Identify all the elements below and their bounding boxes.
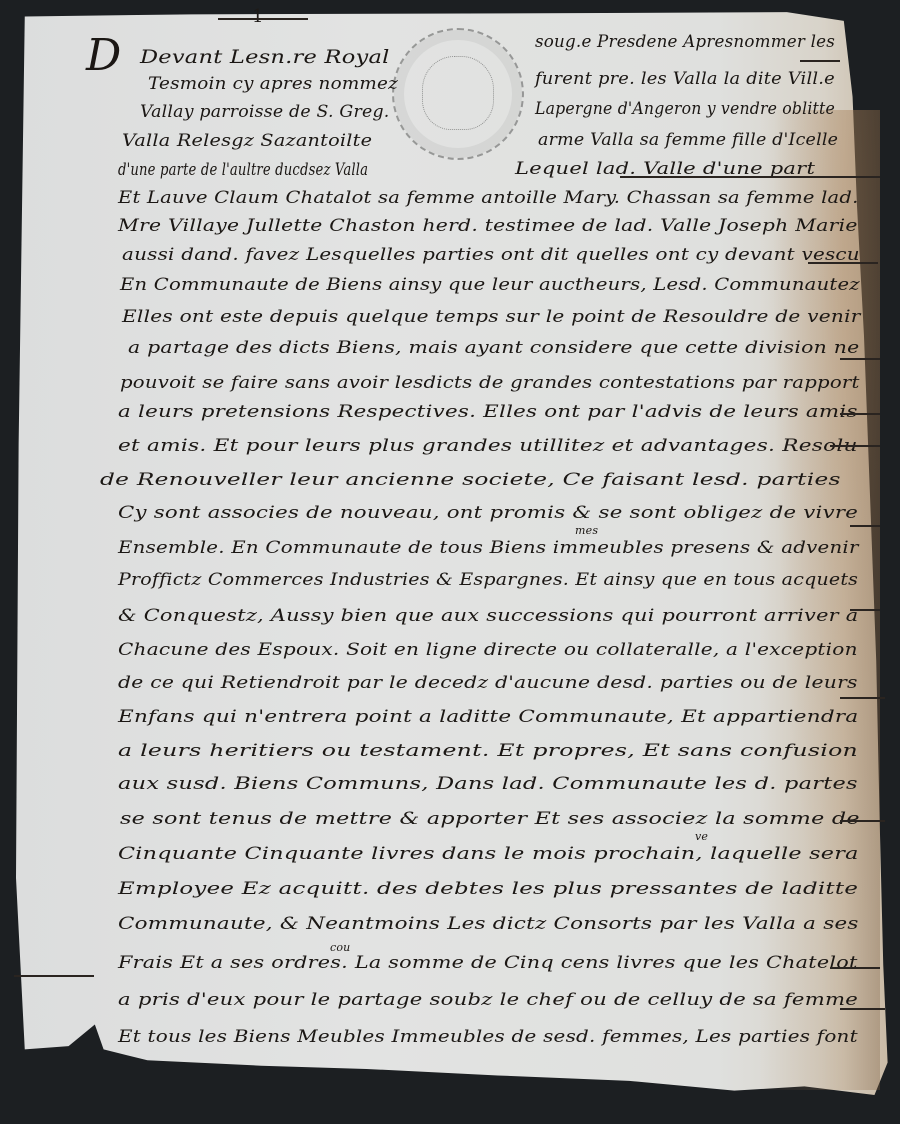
text-line: pouvoit se faire sans avoir lesdicts de … xyxy=(120,373,860,393)
seal-stamp-icon xyxy=(392,28,524,160)
text-line: de Renouveller leur ancienne societe, Ce… xyxy=(100,470,841,490)
text-line: Employee Ez acquitt. des debtes les plus… xyxy=(118,879,858,899)
page-number: 1 xyxy=(252,6,263,27)
text-line: Chacune des Espoux. Soit en ligne direct… xyxy=(118,640,858,660)
line-flourish xyxy=(850,609,880,611)
text-line: Proffictz Commerces Industries & Espargn… xyxy=(118,570,858,590)
text-line: Et Lauve Claum Chatalot sa femme antoill… xyxy=(118,188,859,208)
text-line: aux susd. Biens Communs, Dans lad. Commu… xyxy=(118,774,858,794)
text-line: soug.e Presdene Apresnommer les xyxy=(535,32,835,52)
line-flourish xyxy=(840,1008,885,1010)
text-line: Elles ont este depuis quelque temps sur … xyxy=(122,307,861,327)
text-line: et amis. Et pour leurs plus grandes util… xyxy=(118,436,858,456)
text-line: d'une parte de l'aultre ducdsez Valla xyxy=(118,160,368,180)
line-flourish xyxy=(840,697,885,699)
text-line: Et tous les Biens Meubles Immeubles de s… xyxy=(118,1027,858,1047)
line-flourish xyxy=(840,358,880,360)
page-number-rule xyxy=(218,18,308,20)
line-flourish xyxy=(800,60,840,62)
text-line: Vallay parroisse de S. Greg. xyxy=(140,102,389,122)
manuscript-photo: 1 D Devant Lesn.re Royal Tesmoin cy apre… xyxy=(0,0,900,1124)
line-flourish xyxy=(840,820,885,822)
text-line: Cy sont associes de nouveau, ont promis … xyxy=(118,503,858,523)
interlinear-note: ve xyxy=(695,830,708,843)
text-line: furent pre. les Valla la dite Vill.e xyxy=(535,69,835,89)
line-flourish xyxy=(808,262,878,264)
text-line: Frais Et a ses ordres. La somme de Cinq … xyxy=(118,953,858,973)
line-flourish xyxy=(14,975,94,977)
text-line: & Conquestz, Aussy bien que aux successi… xyxy=(118,606,858,626)
opening-initial: D xyxy=(86,30,121,81)
text-line: aussi dand. favez Lesquelles parties ont… xyxy=(122,245,860,265)
text-line: Ensemble. En Communaute de tous Biens im… xyxy=(118,538,859,558)
text-line: Cinquante Cinquante livres dans le mois … xyxy=(118,844,859,864)
text-line: a partage des dicts Biens, mais ayant co… xyxy=(128,338,859,358)
text-line: Communaute, & Neantmoins Les dictz Conso… xyxy=(118,914,859,934)
text-line: de ce qui Retiendroit par le decedz d'au… xyxy=(118,673,858,693)
text-line: a leurs heritiers ou testament. Et propr… xyxy=(118,741,858,761)
text-line: a pris d'eux pour le partage soubz le ch… xyxy=(118,990,858,1010)
text-line: En Communaute de Biens ainsy que leur au… xyxy=(120,275,860,295)
line-flourish xyxy=(840,413,880,415)
text-line: Lapergne d'Angeron y vendre oblitte xyxy=(535,99,835,119)
line-flourish xyxy=(620,176,880,178)
text-line: Valla Relesgz Sazantoilte xyxy=(122,131,372,151)
text-line: Tesmoin cy apres nommez xyxy=(148,74,398,94)
line-flourish xyxy=(830,967,880,969)
line-flourish xyxy=(830,445,880,447)
text-line: se sont tenus de mettre & apporter Et se… xyxy=(120,809,860,829)
interlinear-note: cou xyxy=(330,941,350,954)
text-line: arme Valla sa femme fille d'Icelle xyxy=(538,130,838,150)
line-flourish xyxy=(850,525,880,527)
text-line: Mre Villaye Jullette Chaston herd. testi… xyxy=(118,216,858,236)
text-line: a leurs pretensions Respectives. Elles o… xyxy=(118,402,858,422)
text-line: Devant Lesn.re Royal xyxy=(140,46,390,68)
text-line: Enfans qui n'entrera point a laditte Com… xyxy=(118,707,858,727)
interlinear-note: mes xyxy=(575,524,598,537)
